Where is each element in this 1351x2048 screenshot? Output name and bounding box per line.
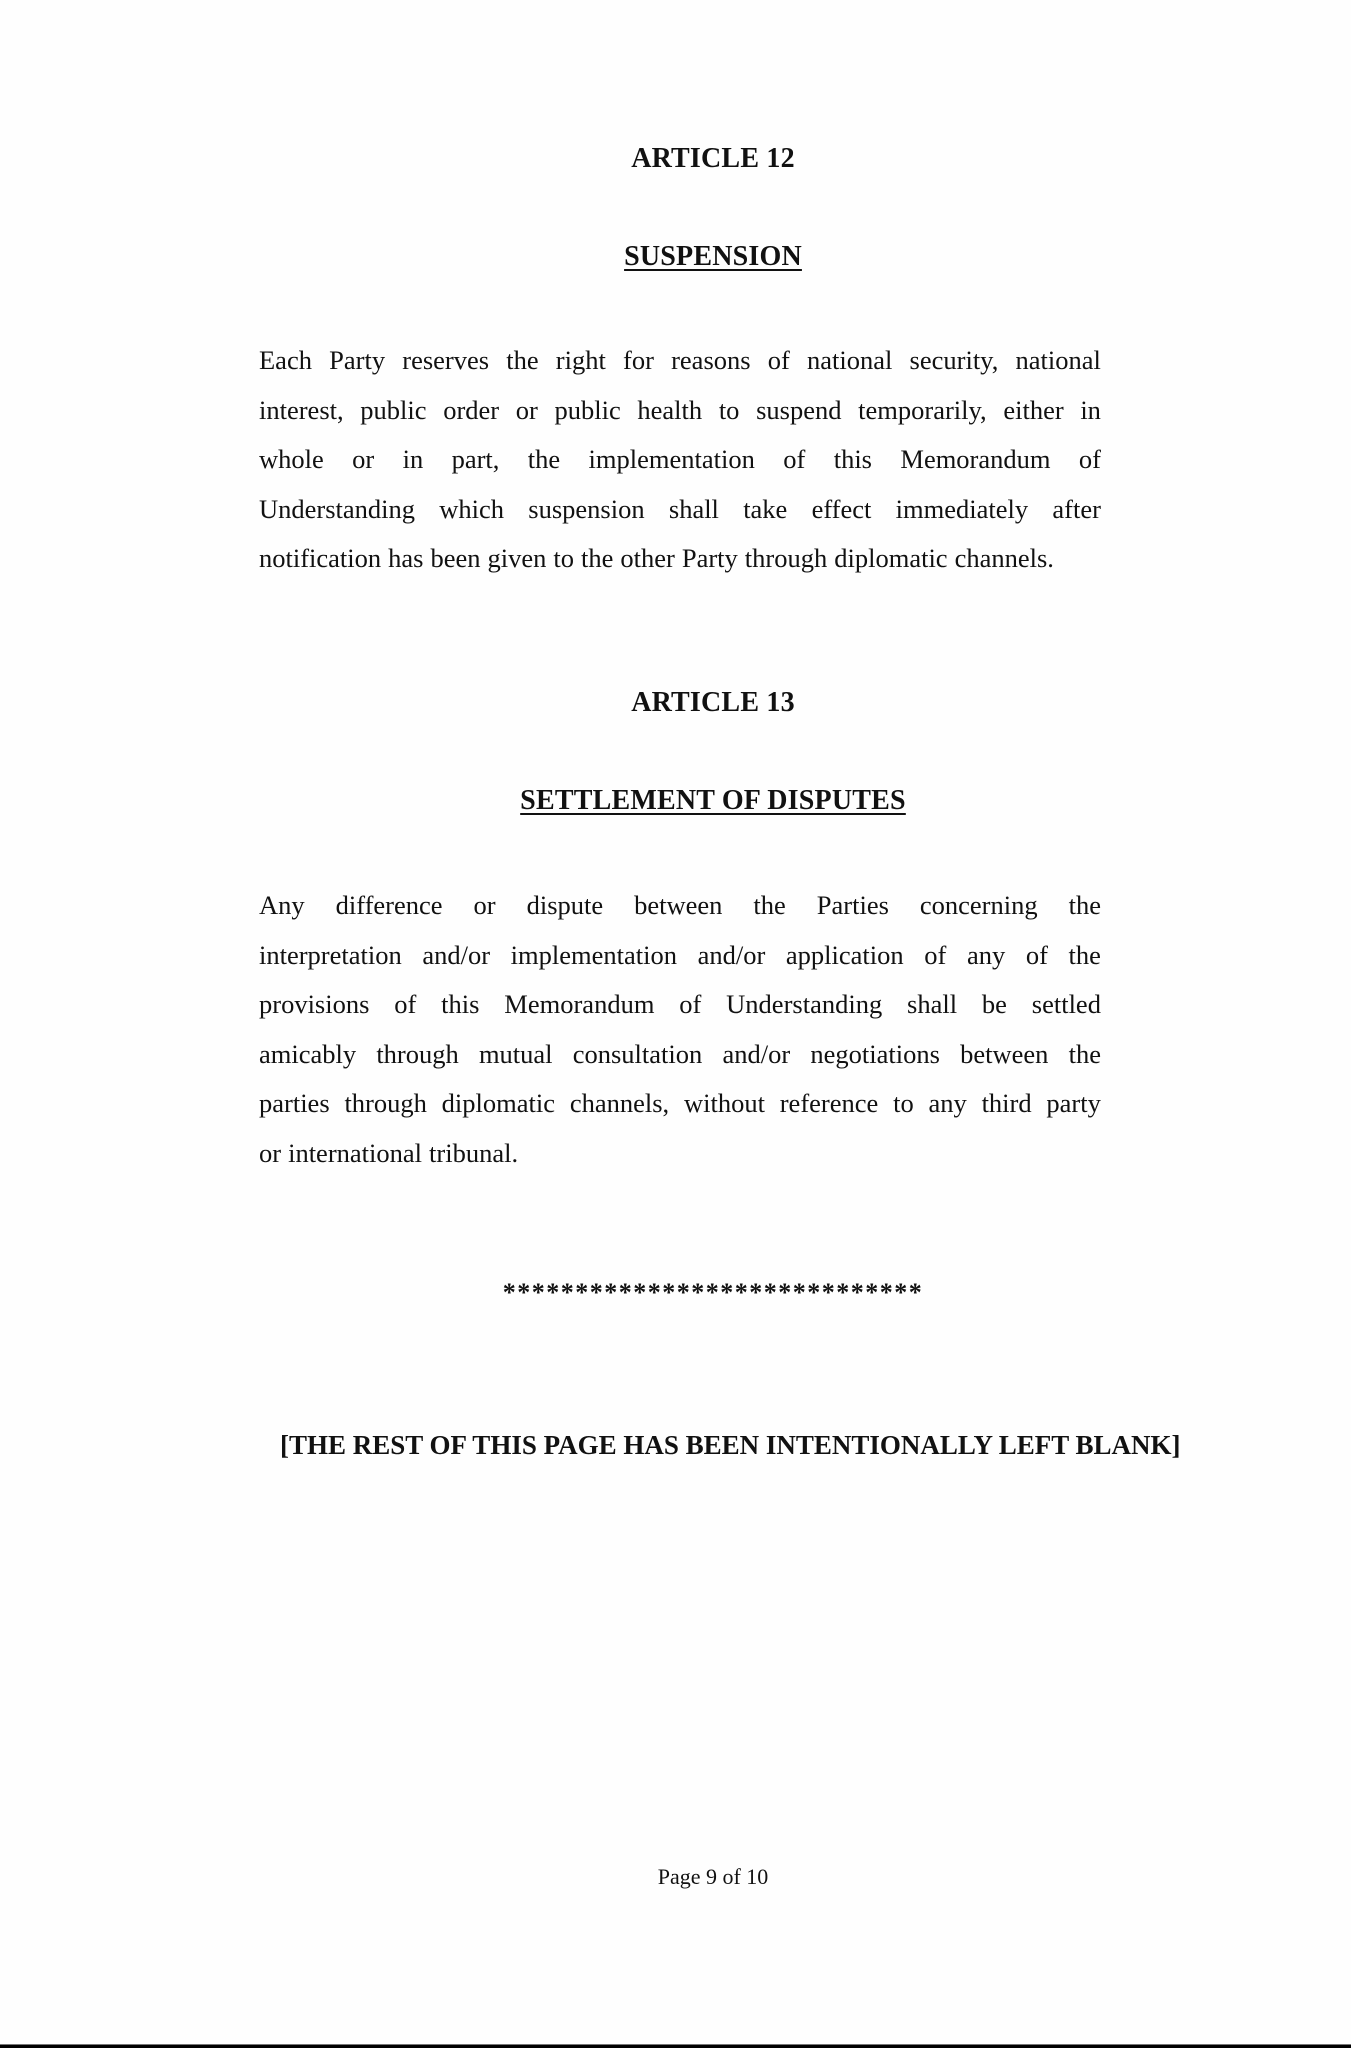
page-number: Page 9 of 10 — [259, 1864, 1101, 1890]
paragraph-line: Understandingwhichsuspensionshalltakeeff… — [259, 485, 1101, 535]
article-12-heading: ARTICLE 12 — [259, 142, 1101, 176]
paragraph-line: notificationhasbeengiventotheotherPartyt… — [259, 534, 1101, 584]
scan-bottom-edge — [0, 2044, 1351, 2048]
settlement-of-disputes-title: SETTLEMENT OF DISPUTES — [259, 784, 1101, 818]
paragraph-line: orinternationaltribunal. — [259, 1129, 1101, 1179]
paragraph-line: wholeorinpart,theimplementationofthisMem… — [259, 435, 1101, 485]
suspension-title: SUSPENSION — [259, 240, 1101, 274]
paragraph-line: AnydifferenceordisputebetweenthePartiesc… — [259, 881, 1101, 931]
paragraph-line: amicablythroughmutualconsultationand/orn… — [259, 1030, 1101, 1080]
document-page: ARTICLE 12 SUSPENSION EachPartyreservest… — [0, 0, 1351, 2048]
section-separator: ***************************** — [259, 1278, 1101, 1308]
intentionally-blank-notice: [THE REST OF THIS PAGE HAS BEEN INTENTIO… — [280, 1430, 1160, 1461]
article-13-heading: ARTICLE 13 — [259, 686, 1101, 720]
article-13-paragraph: AnydifferenceordisputebetweenthePartiesc… — [259, 881, 1101, 1179]
paragraph-line: EachPartyreservestherightforreasonsofnat… — [259, 336, 1101, 386]
paragraph-line: provisionsofthisMemorandumofUnderstandin… — [259, 980, 1101, 1030]
article-12-paragraph: EachPartyreservestherightforreasonsofnat… — [259, 336, 1101, 584]
paragraph-line: partiesthroughdiplomaticchannels,without… — [259, 1079, 1101, 1129]
paragraph-line: interpretationand/orimplementationand/or… — [259, 931, 1101, 981]
paragraph-line: interest,publicorderorpublichealthtosusp… — [259, 386, 1101, 436]
